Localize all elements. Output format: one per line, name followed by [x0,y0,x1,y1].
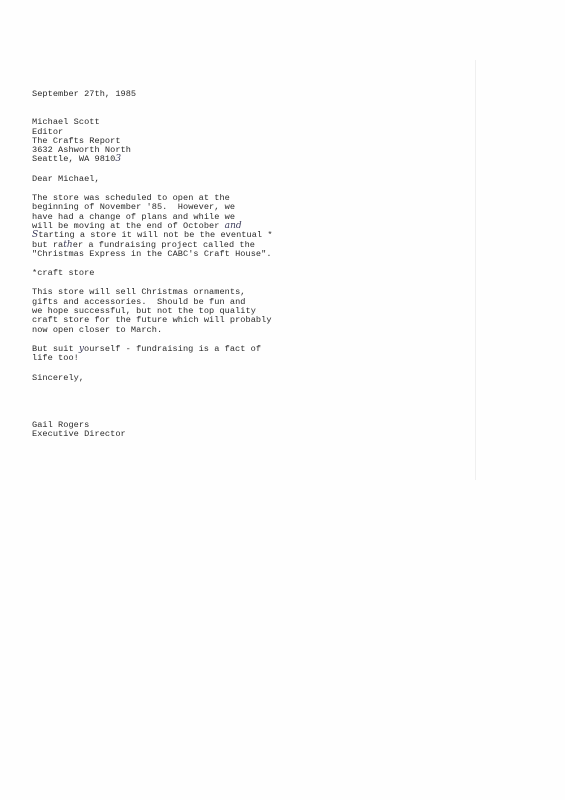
paragraph-2: This store will sell Christmas ornaments… [32,288,273,334]
signature-block: Gail Rogers Executive Director [32,421,273,440]
footnote: *craft store [32,269,273,278]
paragraph-line: now open closer to March. [32,326,273,335]
paragraph-line: life too! [32,354,273,363]
recipient-city-line: Seattle, WA 98103 [32,155,273,164]
paragraph-line: "Christmas Express in the CABC's Craft H… [32,250,273,259]
closing: Sincerely, [32,374,273,383]
recipient-name: Michael Scott [32,118,273,127]
handwritten-correction: 3 [115,154,121,164]
salutation: Dear Michael, [32,175,273,184]
letter-page: September 27th, 1985 Michael Scott Edito… [0,0,565,800]
signer-title: Executive Director [32,430,273,439]
letter-body: September 27th, 1985 Michael Scott Edito… [32,90,273,439]
letter-date: September 27th, 1985 [32,90,273,99]
scan-artifact-line [475,60,476,480]
paragraph-1: The store was scheduled to open at the b… [32,194,273,259]
paragraph-3: But suit yourself - fundraising is a fac… [32,345,273,364]
recipient-address: Michael Scott Editor The Crafts Report 3… [32,118,273,164]
